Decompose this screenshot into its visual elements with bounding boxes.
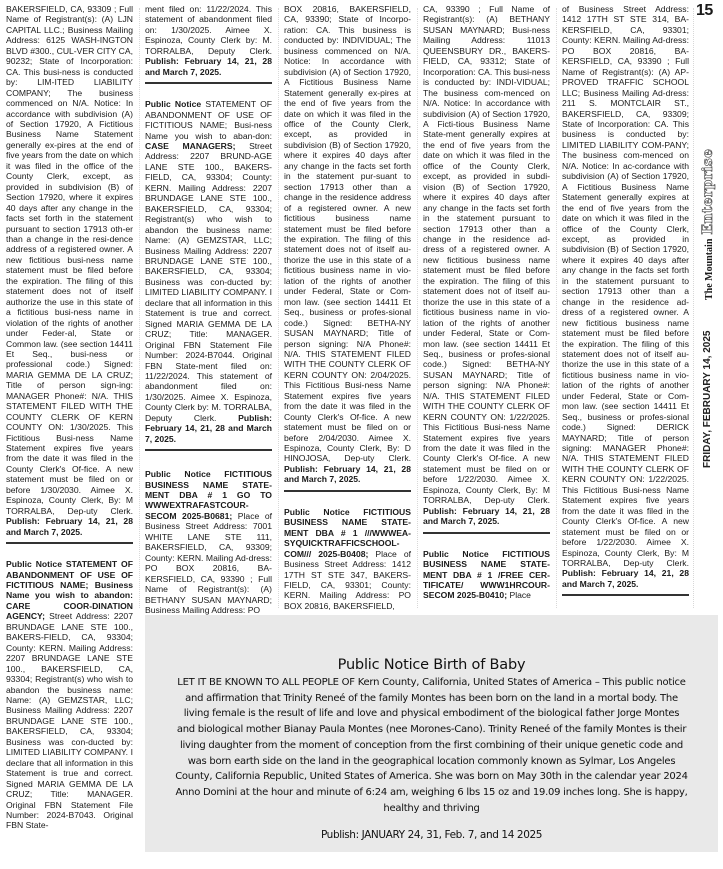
legal-column-1: BAKERSFIELD, CA, 93309 ; Full Name of Re… bbox=[6, 4, 133, 831]
notice-separator bbox=[562, 594, 689, 596]
notice-fbn-easyquicktrafficschool: Public Notice FICTITIOUS BUSINESS NAME S… bbox=[284, 507, 411, 612]
page-number: 15 bbox=[696, 2, 713, 20]
notice-body: Place bbox=[509, 590, 531, 600]
legal-column-5: of Business Street Address: 1412 17TH ST… bbox=[562, 4, 689, 611]
notice-continued: BOX 20816, BAKERSFIELD, CA, 93390; State… bbox=[284, 4, 411, 485]
column-rule bbox=[556, 8, 557, 608]
notice-separator bbox=[145, 449, 272, 451]
column-rule bbox=[417, 8, 418, 608]
notice-continued: of Business Street Address: 1412 17TH ST… bbox=[562, 4, 689, 589]
business-name: CASE MANAGERS; bbox=[145, 141, 235, 151]
notice-body: BOX 20816, BAKERSFIELD, CA, 93390; State… bbox=[284, 4, 411, 463]
publication-masthead: The MountainEnterprise bbox=[700, 149, 716, 300]
notice-separator bbox=[284, 490, 411, 492]
notice-heading: Public Notice bbox=[145, 99, 201, 109]
notice-body: BAKERSFIELD, CA, 93309 ; Full Name of Re… bbox=[6, 4, 133, 516]
publish-dates: Publish: February 14, 21, 28 and March 7… bbox=[6, 516, 133, 536]
masthead-name: Enterprise bbox=[700, 149, 716, 235]
birth-notice-publish-dates: Publish: JANUARY 24, 31, Feb. 7, and 14 … bbox=[145, 829, 718, 841]
notice-continued: ment filed on: 11/22/2024. This statemen… bbox=[145, 4, 272, 77]
notice-body: of Business Street Address: 1412 17TH ST… bbox=[562, 4, 689, 568]
notice-separator bbox=[145, 82, 272, 84]
publish-dates: Publish: February 14, 21, 28 and March 7… bbox=[562, 568, 689, 588]
notice-body: Street Address: 2207 BRUND-AGE LANE STE … bbox=[145, 141, 272, 423]
notice-continued: BAKERSFIELD, CA, 93309 ; Full Name of Re… bbox=[6, 4, 133, 537]
publish-dates: Publish: February 14, 21, 28 and March 7… bbox=[284, 464, 411, 484]
column-rule bbox=[139, 8, 140, 608]
column-rule bbox=[278, 8, 279, 608]
notice-body: Place of Business Street Address: 7001 W… bbox=[145, 511, 272, 615]
notice-separator bbox=[423, 532, 550, 534]
notice-abandonment-case-managers: Public Notice STATEMENT OF ABANDONMENT O… bbox=[145, 99, 272, 444]
notice-body: Street Address: 2207 BRUNDAGE LANE STE 1… bbox=[6, 611, 133, 830]
legal-column-3: BOX 20816, BAKERSFIELD, CA, 93390; State… bbox=[284, 4, 411, 611]
publish-dates: Publish: February 14, 21, 28 and March 7… bbox=[145, 56, 272, 76]
notice-fbn-1hrcourse: Public Notice FICTITIOUS BUSINESS NAME S… bbox=[423, 549, 550, 601]
legal-column-2: ment filed on: 11/22/2024. This statemen… bbox=[145, 4, 272, 615]
column-rule bbox=[693, 8, 694, 608]
notice-body: CA, 93390 ; Full Name of Registrant(s): … bbox=[423, 4, 550, 505]
masthead-prefix: The Mountain bbox=[704, 239, 715, 300]
birth-notice-title: Public Notice Birth of Baby bbox=[145, 657, 718, 673]
notice-continued: CA, 93390 ; Full Name of Registrant(s): … bbox=[423, 4, 550, 527]
publish-dates: Publish: February 14, 21, 28 and March 7… bbox=[423, 506, 550, 526]
notice-separator bbox=[6, 542, 133, 544]
legal-column-4: CA, 93390 ; Full Name of Registrant(s): … bbox=[423, 4, 550, 601]
issue-date: FRIDAY, FEBRUARY 14, 2025 bbox=[702, 331, 713, 468]
birth-notice-body: LET IT BE KNOWN TO ALL PEOPLE OF Kern Co… bbox=[175, 675, 688, 816]
birth-notice-box: Public Notice Birth of Baby LET IT BE KN… bbox=[145, 615, 718, 852]
notice-abandonment-care-coordination: Public Notice STATEMENT OF ABANDONMENT O… bbox=[6, 559, 133, 831]
notice-fbn-extrafastcourse: Public Notice FICTITIOUS BUSINESS NAME S… bbox=[145, 469, 272, 615]
notice-body: ment filed on: 11/22/2024. This statemen… bbox=[145, 4, 272, 56]
